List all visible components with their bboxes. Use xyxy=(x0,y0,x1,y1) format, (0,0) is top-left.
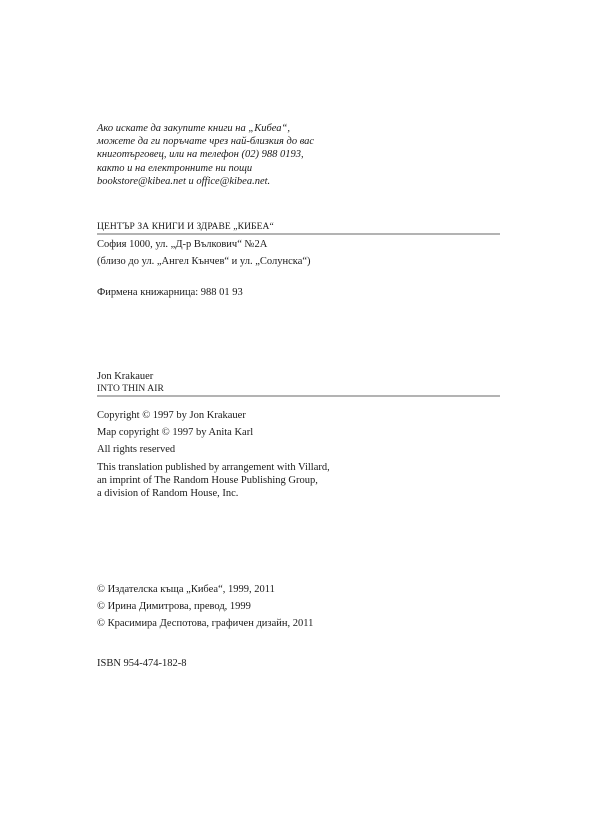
purchase-note: Ако искате да закупите книги на „Кибеа“,… xyxy=(97,122,500,188)
original-author: Jon Krakauer xyxy=(97,370,500,383)
bulgarian-rights-designer: © Красимира Деспотова, графичен дизайн, … xyxy=(97,618,500,629)
copyright-line: Copyright © 1997 by Jon Krakauer xyxy=(97,410,500,421)
purchase-note-line: както и на електронните ни пощи xyxy=(97,162,500,175)
purchase-note-line: bookstore@kibea.net и office@kibea.net. xyxy=(97,175,500,188)
publisher-address-note: (близо до ул. „Ангел Кънчев“ и ул. „Солу… xyxy=(97,256,500,267)
bookshop-phone: Фирмена книжарница: 988 01 93 xyxy=(97,287,500,298)
translation-note-line: a division of Random House, Inc. xyxy=(97,487,500,500)
bulgarian-rights-translator: © Ирина Димитрова, превод, 1999 xyxy=(97,601,500,612)
translation-note-line: This translation published by arrangemen… xyxy=(97,461,500,474)
purchase-note-line: Ако искате да закупите книги на „Кибеа“, xyxy=(97,122,500,135)
isbn: ISBN 954-474-182-8 xyxy=(97,658,500,669)
bulgarian-rights-publisher: © Издателска къща „Кибеа“, 1999, 2011 xyxy=(97,584,500,595)
purchase-note-line: можете да ги поръчате чрез най-близкия д… xyxy=(97,135,500,148)
divider xyxy=(97,395,500,397)
map-copyright-line: Map copyright © 1997 by Anita Karl xyxy=(97,427,500,438)
divider xyxy=(97,233,500,235)
purchase-note-line: книготърговец, или на телефон (02) 988 0… xyxy=(97,148,500,161)
translation-note: This translation published by arrangemen… xyxy=(97,461,500,500)
publisher-address: София 1000, ул. „Д-р Вълкович“ №2А xyxy=(97,239,500,250)
rights-reserved: All rights reserved xyxy=(97,444,500,455)
translation-note-line: an imprint of The Random House Publishin… xyxy=(97,474,500,487)
